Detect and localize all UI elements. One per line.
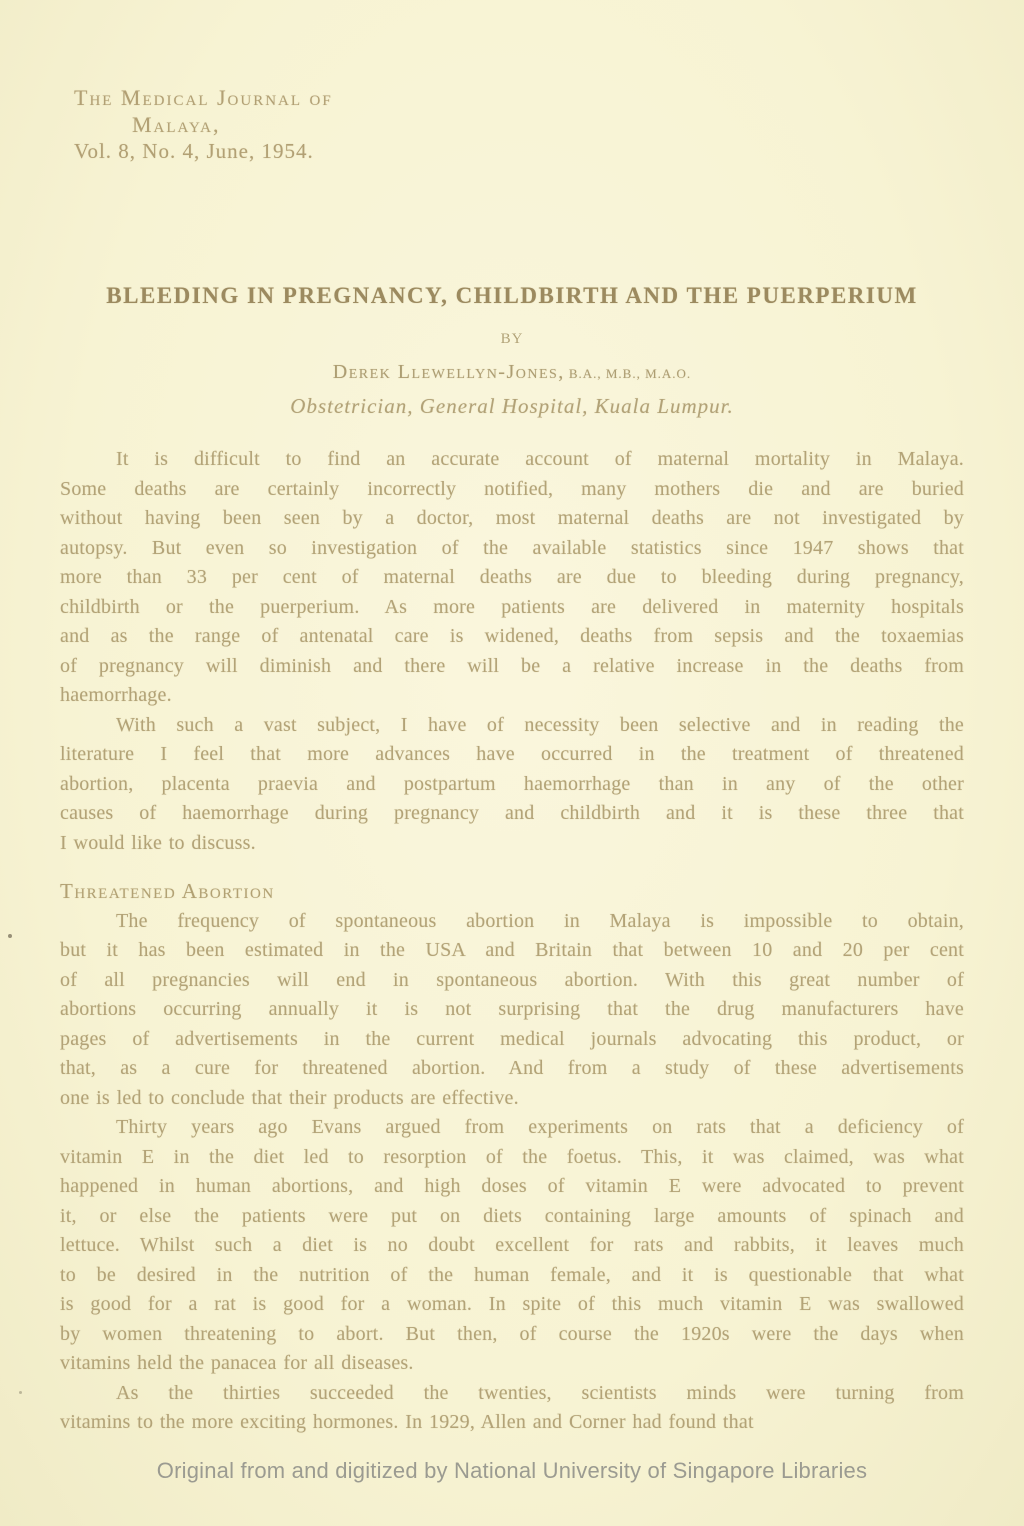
journal-volume-info: Vol. 8, No. 4, June, 1954.: [74, 138, 964, 165]
text-line: childbirth or the puerperium. As more pa…: [60, 593, 964, 623]
text-line: but it has been estimated in the USA and…: [60, 936, 964, 966]
text-line: abortion, placenta praevia and postpartu…: [60, 770, 964, 800]
article-body: It is difficult to find an accurate acco…: [60, 445, 964, 1438]
text-line: I would like to discuss.: [60, 829, 964, 859]
text-line: lettuce. Whilst such a diet is no doubt …: [60, 1231, 964, 1261]
section-heading: Threatened Abortion: [60, 877, 964, 907]
scan-speck: [8, 934, 12, 938]
text-line: literature I feel that more advances hav…: [60, 740, 964, 770]
text-line: more than 33 per cent of maternal deaths…: [60, 563, 964, 593]
text-line: one is led to conclude that their produc…: [60, 1084, 964, 1114]
text-line: The frequency of spontaneous abortion in…: [60, 907, 964, 937]
text-line: vitamins held the panacea for all diseas…: [60, 1349, 964, 1379]
text-line: With such a vast subject, I have of nece…: [60, 711, 964, 741]
text-line: vitamins to the more exciting hormones. …: [60, 1408, 964, 1438]
text-line: of pregnancy will diminish and there wil…: [60, 652, 964, 682]
journal-title-line: The Medical Journal of: [74, 84, 964, 111]
text-line: and as the range of antenatal care is wi…: [60, 622, 964, 652]
text-line: by women threatening to abort. But then,…: [60, 1320, 964, 1350]
text-line: haemorrhage.: [60, 681, 964, 711]
journal-masthead: The Medical Journal of Malaya, Vol. 8, N…: [74, 84, 964, 165]
text-line: of all pregnancies will end in spontaneo…: [60, 966, 964, 996]
text-line: It is difficult to find an accurate acco…: [60, 445, 964, 475]
text-line: Thirty years ago Evans argued from exper…: [60, 1113, 964, 1143]
text-line: happened in human abortions, and high do…: [60, 1172, 964, 1202]
paragraph: The frequency of spontaneous abortion in…: [60, 907, 964, 1114]
author-name: Derek Llewellyn-Jones,: [333, 361, 565, 383]
text-line: causes of haemorrhage during pregnancy a…: [60, 799, 964, 829]
text-line: vitamin E in the diet led to resorption …: [60, 1143, 964, 1173]
text-line: As the thirties succeeded the twenties, …: [60, 1379, 964, 1409]
text-line: without having been seen by a doctor, mo…: [60, 504, 964, 534]
scanned-journal-page: The Medical Journal of Malaya, Vol. 8, N…: [0, 0, 1024, 1526]
paragraph: As the thirties succeeded the twenties, …: [60, 1379, 964, 1438]
text-line: autopsy. But even so investigation of th…: [60, 534, 964, 564]
text-line: abortions occurring annually it is not s…: [60, 995, 964, 1025]
text-line: it, or else the patients were put on die…: [60, 1202, 964, 1232]
paragraph: It is difficult to find an accurate acco…: [60, 445, 964, 711]
text-line: pages of advertisements in the current m…: [60, 1025, 964, 1055]
journal-title-place: Malaya,: [132, 111, 964, 138]
text-line: Some deaths are certainly incorrectly no…: [60, 475, 964, 505]
digitization-footer: Original from and digitized by National …: [0, 1458, 1024, 1484]
author-affiliation: Obstetrician, General Hospital, Kuala Lu…: [60, 394, 964, 419]
text-line: to be desired in the nutrition of the hu…: [60, 1261, 964, 1291]
article-title: BLEEDING IN PREGNANCY, CHILDBIRTH AND TH…: [60, 283, 964, 309]
paragraph: Thirty years ago Evans argued from exper…: [60, 1113, 964, 1379]
paragraph: With such a vast subject, I have of nece…: [60, 711, 964, 859]
text-line: is good for a rat is good for a woman. I…: [60, 1290, 964, 1320]
author-line: Derek Llewellyn-Jones, B.A., M.B., M.A.O…: [60, 361, 964, 384]
scan-speck: [19, 1391, 22, 1394]
text-line: that, as a cure for threatened abortion.…: [60, 1054, 964, 1084]
byline-label: BY: [60, 331, 964, 348]
author-degrees: B.A., M.B., M.A.O.: [569, 366, 691, 381]
